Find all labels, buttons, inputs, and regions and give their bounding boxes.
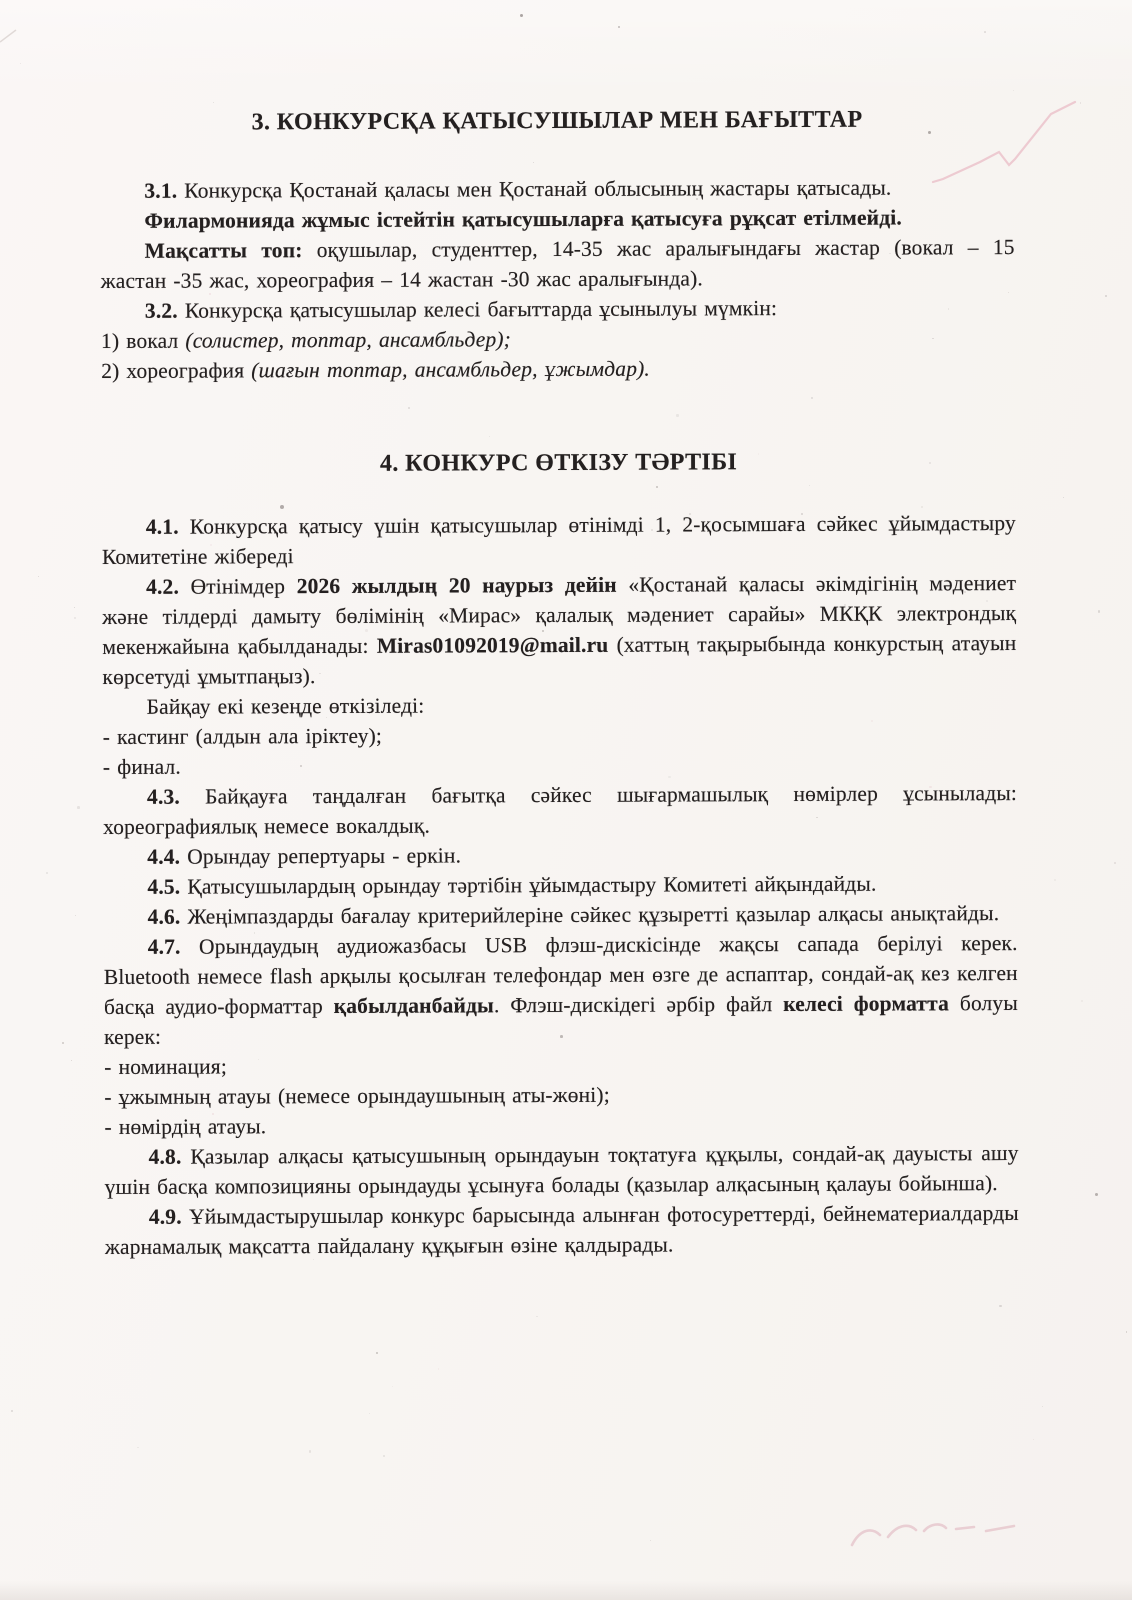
paragraph: - кастинг (алдын ала іріктеу);: [103, 718, 1017, 752]
text-run: - номинация;: [104, 1054, 227, 1079]
paper-speck: [383, 1455, 385, 1457]
paper-speck: [1063, 497, 1064, 498]
text-run: 2026 жылдың 20 наурыз дейін: [297, 573, 617, 598]
paper-speck: [309, 1450, 311, 1452]
paper-speck: [77, 806, 80, 809]
paragraph: Мақсатты топ: оқушылар, студенттер, 14-3…: [101, 232, 1015, 296]
paragraph: 4.2. Өтінімдер 2026 жылдың 20 наурыз дей…: [102, 568, 1017, 692]
text-run: 4.2.: [146, 575, 179, 599]
paper-speck: [213, 102, 214, 103]
paper-speck: [618, 26, 620, 28]
paragraph: 4.5. Қатысушылардың орындау тәртібін ұйы…: [103, 868, 1017, 902]
text-run: Қазылар алқасы қатысушының орындауын тоқ…: [105, 1141, 1019, 1199]
text-run: Ұйымдастырушылар конкурс барысында алынғ…: [105, 1201, 1019, 1259]
paper-speck: [650, 1540, 651, 1541]
paper-speck: [438, 1368, 439, 1369]
paper-speck: [62, 1042, 64, 1044]
paper-speck: [984, 31, 986, 33]
paper-speck: [536, 1316, 538, 1318]
paper-speck: [1054, 879, 1056, 881]
paragraph: Филармонияда жұмыс істейтін қатысушыларғ…: [100, 202, 1014, 236]
text-run: 3.2.: [145, 299, 178, 323]
paragraph: 4.4. Орындау репертуары - еркін.: [103, 838, 1017, 872]
text-run: 4.8.: [149, 1145, 182, 1169]
text-run: Байқау екі кезеңде өткізіледі:: [147, 694, 425, 719]
paper-speck: [1105, 295, 1107, 297]
document-content: 3. КОНКУРСҚА ҚАТЫСУШЫЛАР МЕН БАҒЫТТАР3.1…: [100, 102, 1019, 1262]
text-run: келесі форматта: [783, 991, 949, 1016]
paragraph: 4.3. Байқауға таңдалған бағытқа сәйкес ш…: [103, 778, 1017, 842]
text-run: - кастинг (алдын ала іріктеу);: [103, 724, 382, 749]
paragraph: 3.2. Конкурсқа қатысушылар келесі бағытт…: [101, 292, 1015, 326]
text-run: (солистер, топтар, ансамбльдер);: [185, 327, 511, 352]
paper-speck: [1095, 1193, 1098, 1196]
paper-speck: [369, 1413, 370, 1414]
scanned-document-page: 3. КОНКУРСҚА ҚАТЫСУШЫЛАР МЕН БАҒЫТТАР3.1…: [0, 0, 1132, 1600]
paper-speck: [392, 1386, 393, 1387]
paper-speck: [38, 576, 39, 577]
paper-speck: [1114, 862, 1116, 864]
text-run: Байқауға таңдалған бағытқа сәйкес шығарм…: [103, 781, 1017, 839]
text-run: Конкурсқа қатысушылар келесі бағыттарда …: [178, 296, 777, 323]
paper-speck: [1013, 90, 1014, 91]
paragraph: - номинация;: [104, 1048, 1018, 1082]
text-run: - нөмірдің атауы.: [104, 1114, 266, 1139]
paper-speck: [376, 1352, 378, 1354]
paper-speck: [999, 1305, 1002, 1308]
text-run: 4.3.: [147, 785, 180, 809]
text-run: - финал.: [103, 755, 181, 779]
paper-speck: [1126, 1331, 1128, 1333]
section-heading: 3. КОНКУРСҚА ҚАТЫСУШЫЛАР МЕН БАҒЫТТАР: [100, 102, 1014, 140]
paper-speck: [1098, 610, 1100, 612]
text-run: 4.1.: [146, 515, 179, 539]
paragraph: 4.7. Орындаудың аудиожазбасы USB флэш-ди…: [104, 928, 1019, 1052]
text-run: (шағын топтар, ансамбльдер, ұжымдар).: [251, 357, 650, 383]
document-section: 4. КОНКУРС ӨТКІЗУ ТӘРТІБІ4.1. Конкурсқа …: [101, 444, 1019, 1262]
text-run: 4.4.: [147, 845, 180, 869]
text-run: Өтінімдер: [179, 574, 297, 599]
text-run: Miras01092019@mail.ru: [377, 633, 609, 658]
text-run: Жеңімпаздарды бағалау критерийлеріне сәй…: [180, 901, 999, 929]
paper-speck: [1080, 102, 1081, 103]
pencil-smudge: [840, 1505, 1030, 1560]
paper-speck: [74, 617, 75, 618]
paper-speck: [137, 1447, 139, 1449]
paper-speck: [74, 607, 75, 608]
text-run: Конкурсқа Қостанай қаласы мен Қостанай о…: [177, 176, 891, 203]
paragraph: 4.1. Конкурсқа қатысу үшін қатысушылар ө…: [102, 508, 1016, 572]
section-heading: 4. КОНКУРС ӨТКІЗУ ТӘРТІБІ: [101, 444, 1015, 482]
text-run: қабылданбайды: [334, 993, 494, 1018]
text-run: . Флэш-дискідегі әрбір файл: [494, 992, 783, 1017]
paper-speck: [75, 915, 76, 916]
text-run: 2) хореография: [101, 358, 251, 383]
text-run: 4.9.: [149, 1205, 182, 1229]
paper-speck: [520, 14, 523, 17]
text-run: 4.5.: [147, 875, 180, 899]
paper-speck: [1033, 1439, 1034, 1440]
scan-edge-line: [0, 20, 40, 60]
text-run: 4.7.: [148, 935, 181, 959]
paragraph: 2) хореография (шағын топтар, ансамбльде…: [101, 352, 1015, 386]
text-run: 3.1.: [144, 179, 177, 203]
paragraph: 4.6. Жеңімпаздарды бағалау критерийлерін…: [103, 898, 1017, 932]
paragraph: Байқау екі кезеңде өткізіледі:: [103, 688, 1017, 722]
document-section: 3. КОНКУРСҚА ҚАТЫСУШЫЛАР МЕН БАҒЫТТАР3.1…: [100, 102, 1015, 386]
paper-speck: [46, 872, 48, 874]
paragraph: 3.1. Конкурсқа Қостанай қаласы мен Қоста…: [100, 172, 1014, 206]
text-run: Конкурсқа қатысу үшін қатысушылар өтінім…: [102, 511, 1016, 569]
paragraph: 1) вокал (солистер, топтар, ансамбльдер)…: [101, 322, 1015, 356]
text-run: Филармонияда жұмыс істейтін қатысушыларғ…: [144, 205, 901, 232]
paper-speck: [1081, 1000, 1083, 1002]
text-run: Орындау репертуары - еркін.: [180, 843, 461, 868]
text-run: 4.6.: [147, 905, 180, 929]
paragraph: - нөмірдің атауы.: [104, 1108, 1018, 1142]
text-run: - ұжымның атауы (немесе орындаушының аты…: [104, 1083, 610, 1109]
paper-speck: [20, 63, 22, 65]
paragraph: 4.9. Ұйымдастырушылар конкурс барысында …: [105, 1198, 1019, 1262]
paper-speck: [71, 1060, 72, 1061]
text-run: 1) вокал: [101, 329, 185, 353]
paper-speck: [1042, 1406, 1043, 1407]
paragraph: - ұжымның атауы (немесе орындаушының аты…: [104, 1078, 1018, 1112]
paragraph: 4.8. Қазылар алқасы қатысушының орындауы…: [105, 1138, 1019, 1202]
paragraph: - финал.: [103, 748, 1017, 782]
text-run: Мақсатты топ:: [145, 238, 303, 263]
paper-speck: [11, 1410, 13, 1412]
text-run: Қатысушылардың орындау тәртібін ұйымдаст…: [180, 872, 876, 899]
